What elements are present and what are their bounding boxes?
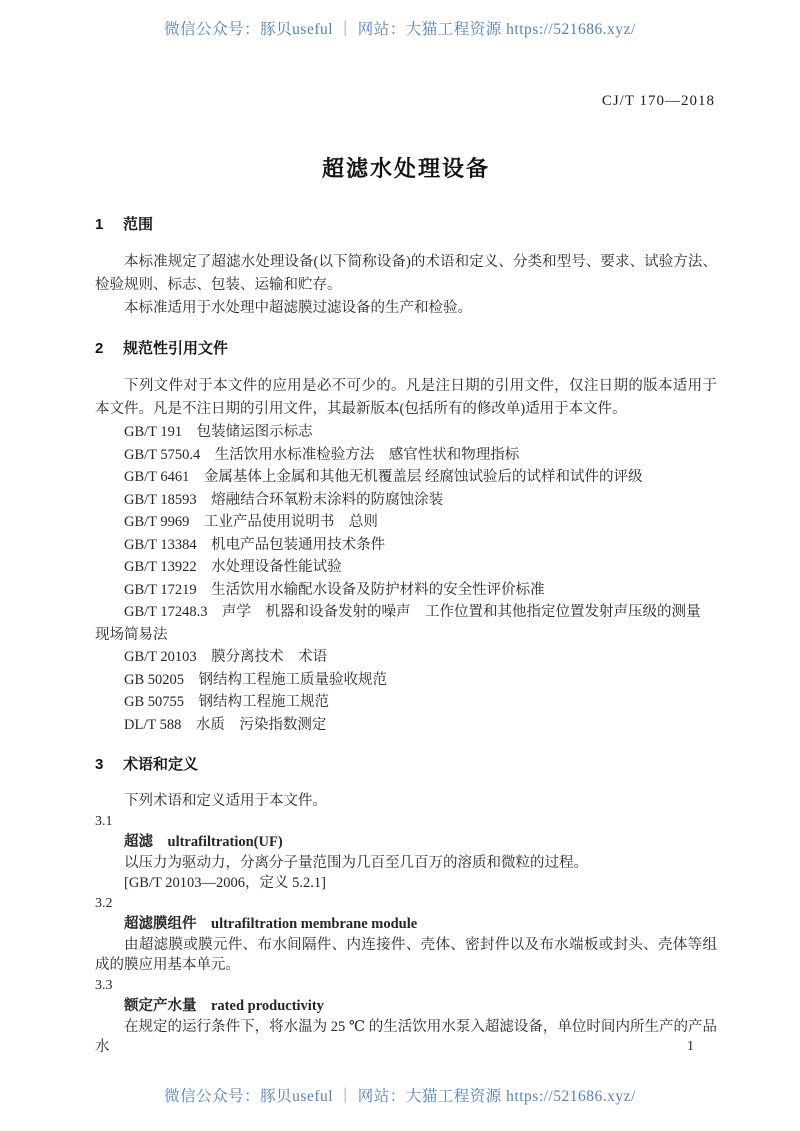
reference-item: GB/T 17248.3 声学 机器和设备发射的噪声 工作位置和其他指定位置发射…: [95, 601, 717, 646]
section-1-number: 1: [95, 213, 109, 236]
reference-item: GB 50755 钢结构工程施工规范: [95, 691, 717, 714]
term-name: 额定产水量 rated productivity: [95, 996, 717, 1017]
term-definition: 在规定的运行条件下，将水温为 25 ℃ 的生活饮用水泵入超滤设备，单位时间内所生…: [95, 1017, 717, 1058]
references-list: GB/T 191 包装储运图示标志 GB/T 5750.4 生活饮用水标准检验方…: [95, 421, 717, 736]
term-definition: 以压力为驱动力，分离分子量范围为几百至几百万的溶质和微粒的过程。: [95, 853, 717, 874]
reference-item: GB/T 6461 金属基体上金属和其他无机覆盖层 经腐蚀试验后的试样和试件的评…: [95, 466, 717, 489]
term-block-3-2: 3.2 超滤膜组件 ultrafiltration membrane modul…: [95, 894, 717, 976]
section-1-paragraph: 本标准适用于水处理中超滤膜过滤设备的生产和检验。: [95, 297, 717, 320]
section-3-heading: 3术语和定义: [95, 753, 717, 776]
term-name: 超滤 ultrafiltration(UF): [95, 832, 717, 853]
header-watermark: 微信公众号：豚贝useful ｜ 网站：大猫工程资源 https://52168…: [0, 17, 800, 39]
reference-item: GB/T 20103 膜分离技术 术语: [95, 646, 717, 669]
reference-item: GB/T 13922 水处理设备性能试验: [95, 556, 717, 579]
document-page: 微信公众号：豚贝useful ｜ 网站：大猫工程资源 https://52168…: [0, 0, 800, 1131]
page-number: 1: [687, 1039, 694, 1055]
term-source: [GB/T 20103—2006，定义 5.2.1]: [95, 873, 717, 894]
document-content: 超滤水处理设备 1范围 本标准规定了超滤水处理设备(以下简称设备)的术语和定义、…: [95, 152, 717, 1058]
reference-item: GB/T 17219 生活饮用水输配水设备及防护材料的安全性评价标准: [95, 579, 717, 602]
section-3-intro: 下列术语和定义适用于本文件。: [95, 791, 717, 812]
footer-watermark: 微信公众号：豚贝useful ｜ 网站：大猫工程资源 https://52168…: [0, 1084, 800, 1106]
section-1-paragraph: 本标准规定了超滤水处理设备(以下简称设备)的术语和定义、分类和型号、要求、试验方…: [95, 251, 717, 297]
reference-item: GB/T 18593 熔融结合环氧粉末涂料的防腐蚀涂装: [95, 489, 717, 512]
reference-item: GB/T 13384 机电产品包装通用技术条件: [95, 534, 717, 557]
terms-list: 下列术语和定义适用于本文件。 3.1 超滤 ultrafiltration(UF…: [95, 791, 717, 1058]
term-number: 3.3: [95, 976, 717, 997]
section-1-heading: 1范围: [95, 213, 717, 236]
reference-item: GB/T 191 包装储运图示标志: [95, 421, 717, 444]
document-title: 超滤水处理设备: [95, 152, 717, 183]
reference-item: GB/T 5750.4 生活饮用水标准检验方法 感官性状和物理指标: [95, 444, 717, 467]
section-3-title: 术语和定义: [123, 756, 198, 773]
reference-item: DL/T 588 水质 污染指数测定: [95, 714, 717, 737]
section-2-title: 规范性引用文件: [123, 340, 228, 357]
section-2-intro: 下列文件对于本文件的应用是必不可少的。凡是注日期的引用文件，仅注日期的版本适用于…: [95, 375, 717, 421]
term-definition: 由超滤膜或膜元件、布水间隔件、内连接件、壳体、密封件以及布水端板或封头、壳体等组…: [95, 935, 717, 976]
term-block-3-3: 3.3 额定产水量 rated productivity 在规定的运行条件下，将…: [95, 976, 717, 1058]
term-number: 3.2: [95, 894, 717, 915]
section-2-number: 2: [95, 337, 109, 360]
section-3-number: 3: [95, 753, 109, 776]
standard-number: CJ/T 170—2018: [602, 93, 715, 110]
section-1-title: 范围: [123, 216, 153, 233]
term-number: 3.1: [95, 812, 717, 833]
reference-item: GB 50205 钢结构工程施工质量验收规范: [95, 669, 717, 692]
term-block-3-1: 3.1 超滤 ultrafiltration(UF) 以压力为驱动力，分离分子量…: [95, 812, 717, 894]
term-name: 超滤膜组件 ultrafiltration membrane module: [95, 914, 717, 935]
section-2-heading: 2规范性引用文件: [95, 337, 717, 360]
reference-item: GB/T 9969 工业产品使用说明书 总则: [95, 511, 717, 534]
